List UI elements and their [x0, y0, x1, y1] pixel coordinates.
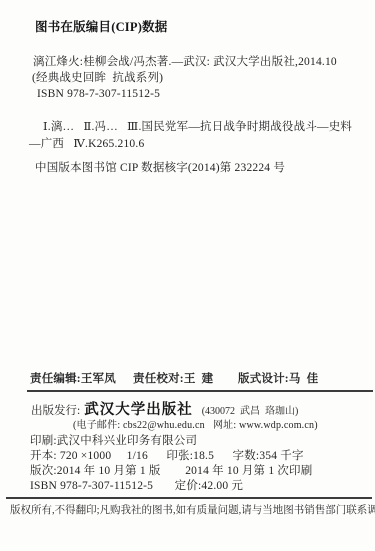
cip-classification-line-1: Ⅰ.漓… Ⅱ.冯… Ⅲ.国民党军—抗日战争时期战役战斗—史料 — [43, 121, 352, 135]
copyright-notice: 版权所有,不得翻印;凡购我社的图书,如有质量问题,请与当地图书销售部门联系调换。 — [10, 505, 375, 518]
edition-info: 版次:2014 年 10 月第 1 版 2014 年 10 月第 1 次印刷 — [30, 465, 312, 479]
publisher-row: 出版发行: 武汉大学出版社 (430072 武昌 珞珈山) — [31, 398, 298, 419]
cip-classification-line-2: —广西 Ⅳ.K265.210.6 — [29, 138, 144, 152]
cip-series-statement: (经典战史回眸 抗战系列) — [32, 72, 163, 86]
publisher-name: 武汉大学出版社 — [84, 398, 193, 419]
cip-title-statement: 漓江烽火:桂柳会战/冯杰著.—武汉: 武汉大学出版社,2014.10 — [33, 56, 337, 70]
cip-heading: 图书在版编目(CIP)数据 — [35, 20, 167, 35]
cip-record-number: 中国版本图书馆 CIP 数据核字(2014)第 232224 号 — [35, 162, 285, 176]
printer-info: 印刷:武汉中科兴业印务有限公司 — [30, 435, 197, 449]
divider-rule-top — [27, 390, 373, 392]
credit-responsible-editor: 责任编辑:王军凤 — [30, 373, 116, 387]
publisher-address: (430072 武昌 珞珈山) — [202, 402, 299, 417]
credit-proofreader: 责任校对:王 建 — [133, 373, 213, 387]
publisher-label: 出版发行: — [31, 402, 80, 418]
credit-layout-designer: 版式设计:马 佳 — [238, 373, 318, 387]
format-info: 开本: 720 ×1000 1/16 印张:18.5 字数:354 千字 — [30, 450, 304, 464]
isbn-price-info: ISBN 978-7-307-11512-5 定价:42.00 元 — [30, 480, 243, 494]
copyright-page: 图书在版编目(CIP)数据 漓江烽火:桂柳会战/冯杰著.—武汉: 武汉大学出版社… — [0, 0, 375, 551]
cip-isbn: ISBN 978-7-307-11512-5 — [37, 88, 160, 102]
publisher-contact: (电子邮件: cbs22@whu.edu.cn 网址: www.wdp.com.… — [73, 420, 318, 432]
divider-rule-bottom — [6, 497, 372, 499]
